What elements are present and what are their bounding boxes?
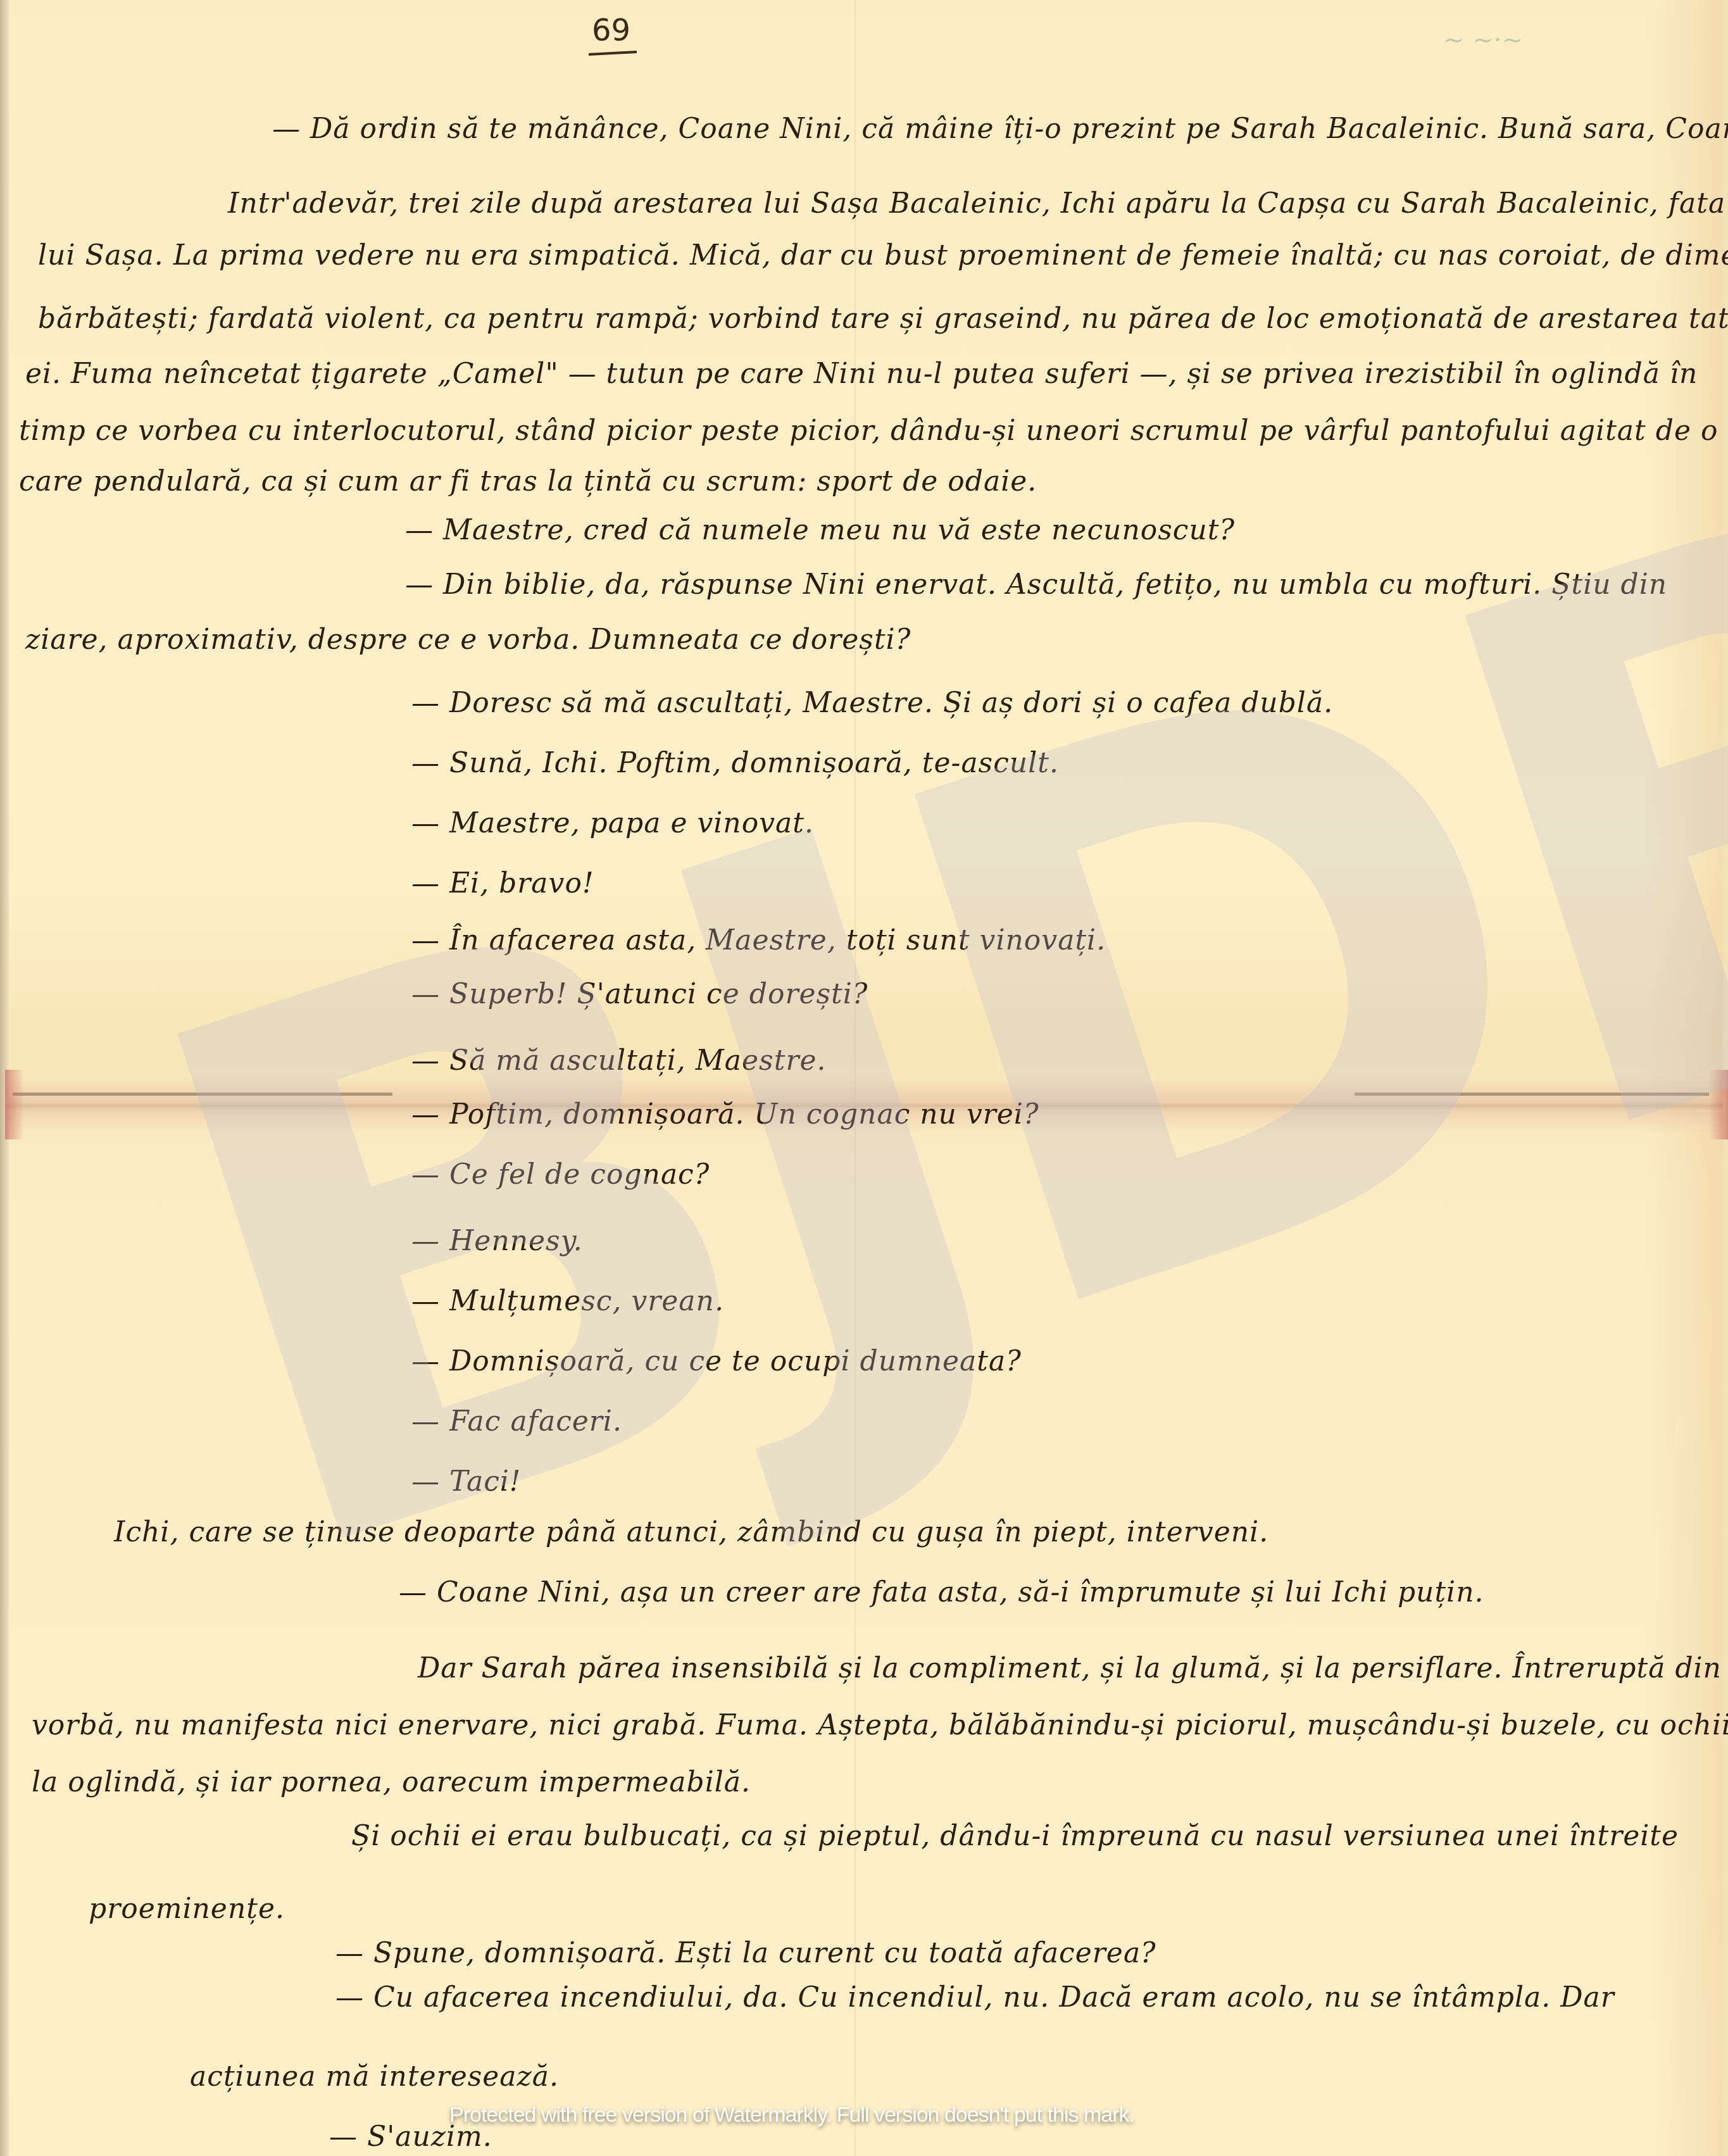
dialogue-line: — Mulțumesc, vrean. xyxy=(411,1285,724,1317)
dialogue-line: — Maestre, papa e vinovat. xyxy=(411,807,814,839)
dialogue-line: — Poftim, domnișoară. Un cognac nu vrei? xyxy=(411,1098,1039,1131)
narrative-line: la oglindă, și iar pornea, oarecum imper… xyxy=(32,1766,751,1798)
dialogue-line: — În afacerea asta, Maestre, toți sunt v… xyxy=(411,924,1106,956)
narrative-line: Ichi, care se ținuse deoparte până atunc… xyxy=(114,1516,1268,1548)
narrative-line: lui Sașa. La prima vedere nu era simpati… xyxy=(38,239,1728,272)
narrative-line: proeminențe. xyxy=(89,1893,285,1925)
dialogue-line: — Coane Nini, așa un creer are fata asta… xyxy=(399,1576,1484,1608)
dialogue-line: — Maestre, cred că numele meu nu vă este… xyxy=(405,514,1235,546)
fold-crease-right xyxy=(1355,1093,1709,1096)
fold-tear-right xyxy=(1709,1070,1728,1139)
dialogue-line: — Fac afaceri. xyxy=(411,1405,622,1438)
dialogue-line: — Domnișoară, cu ce te ocupi dumneata? xyxy=(411,1345,1022,1377)
narrative-line: vorbă, nu manifesta nici enervare, nici … xyxy=(32,1709,1728,1741)
narrative-line: bărbătești; fardată violent, ca pentru r… xyxy=(38,303,1728,335)
dialogue-line: — Taci! xyxy=(411,1465,522,1498)
dialogue-line: — Doresc să mă ascultați, Maestre. Și aș… xyxy=(411,687,1333,719)
narrative-line: acțiunea mă interesează. xyxy=(190,2060,559,2093)
dialogue-line: — Ce fel de cognac? xyxy=(411,1158,710,1191)
fold-crease-left xyxy=(13,1093,392,1096)
dialogue-line: — Ei, bravo! xyxy=(411,867,594,899)
dialogue-line: — Să mă ascultați, Maestre. xyxy=(411,1044,826,1077)
watermarkly-notice: Protected with free version of Watermark… xyxy=(449,2103,1134,2128)
dialogue-line: — Spune, domnișoară. Ești la curent cu t… xyxy=(335,1937,1156,1969)
page-number: 69 xyxy=(592,13,630,48)
dialogue-line: — Dă ordin să te mănânce, Coane Nini, că… xyxy=(272,113,1728,145)
dialogue-line: — Cu afacerea incendiului, da. Cu incend… xyxy=(335,1981,1615,2014)
narrative-line: Dar Sarah părea insensibilă și la compli… xyxy=(418,1652,1722,1684)
pencil-annotation: ~ ~·~ xyxy=(1443,25,1523,54)
narrative-line: care pendulară, ca și cum ar fi tras la … xyxy=(19,465,1037,498)
narrative-line: Intr'adevăr, trei zile după arestarea lu… xyxy=(228,187,1725,220)
dialogue-line: — Hennesy. xyxy=(411,1225,583,1257)
dialogue-line: — Sună, Ichi. Poftim, domnișoară, te-asc… xyxy=(411,747,1059,779)
dialogue-line: — Din biblie, da, răspunse Nini enervat.… xyxy=(405,568,1667,601)
narrative-line: ziare, aproximativ, despre ce e vorba. D… xyxy=(25,624,911,656)
narrative-line: ei. Fuma neîncetat țigarete „Camel" — tu… xyxy=(25,358,1698,390)
narrative-line: Și ochii ei erau bulbucați, ca și pieptu… xyxy=(351,1820,1679,1852)
fold-tear-left xyxy=(5,1070,24,1139)
narrative-line: timp ce vorbea cu interlocutorul, stând … xyxy=(19,415,1728,447)
dialogue-line: — Superb! Ș'atunci ce dorești? xyxy=(411,978,868,1010)
